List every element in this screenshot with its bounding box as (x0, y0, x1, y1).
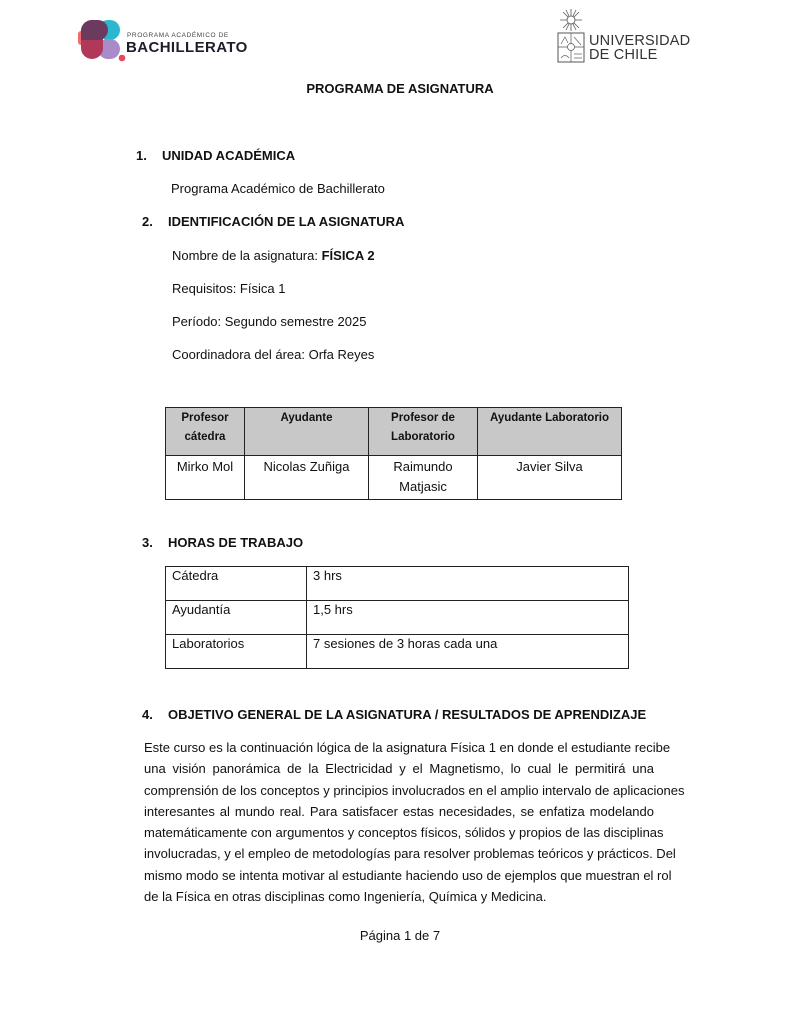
field-course-name: Nombre de la asignatura: FÍSICA 2 (172, 248, 375, 263)
bachillerato-logo: PROGRAMA ACADÉMICO DE BACHILLERATO (78, 18, 248, 62)
staff-table: Profesorcátedra Ayudante Profesor deLabo… (165, 407, 622, 500)
page-number: Página 1 de 7 (0, 928, 800, 943)
paragraph-line: mismo modo se intenta motivar al estudia… (144, 865, 654, 886)
hours-label: Ayudantía (166, 601, 307, 635)
field-label: Nombre de la asignatura: (172, 248, 322, 263)
header-cell-professor: Profesorcátedra (166, 408, 245, 456)
section-number: 1. (136, 148, 162, 163)
hours-label: Laboratorios (166, 635, 307, 669)
field-requirements: Requisitos: Física 1 (172, 281, 285, 296)
section-number: 4. (142, 707, 168, 722)
section-title: HORAS DE TRABAJO (168, 535, 303, 550)
field-value: Segundo semestre 2025 (225, 314, 367, 329)
table-row: Mirko Mol Nicolas Zuñiga RaimundoMatjasi… (166, 456, 622, 500)
paragraph-line: Este curso es la continuación lógica de … (144, 737, 654, 758)
section-number: 3. (142, 535, 168, 550)
table-row: Cátedra 3 hrs (166, 567, 629, 601)
logo-small-text: PROGRAMA ACADÉMICO DE (127, 32, 229, 39)
cell-lab-assistant: Javier Silva (478, 456, 622, 500)
section-1-heading: 1.UNIDAD ACADÉMICA (136, 148, 295, 163)
universidad-de-chile-crest-icon (556, 8, 586, 64)
table-row: Ayudantía 1,5 hrs (166, 601, 629, 635)
section-3-heading: 3.HORAS DE TRABAJO (142, 535, 303, 550)
field-label: Coordinadora del área: (172, 347, 309, 362)
paragraph-line: una visión panorámica de la Electricidad… (144, 758, 654, 779)
bachillerato-b-logo-icon (78, 18, 126, 62)
hours-value: 3 hrs (307, 567, 629, 601)
field-value: Física 1 (240, 281, 286, 296)
field-coordinator: Coordinadora del área: Orfa Reyes (172, 347, 374, 362)
header-cell-assistant: Ayudante (245, 408, 369, 456)
logo-big-text: BACHILLERATO (126, 39, 248, 56)
header-cell-lab-professor: Profesor deLaboratorio (369, 408, 478, 456)
staff-table-header-row: Profesorcátedra Ayudante Profesor deLabo… (166, 408, 622, 456)
university-name-line1: UNIVERSIDAD (589, 34, 690, 48)
table-row: Laboratorios 7 sesiones de 3 horas cada … (166, 635, 629, 669)
field-value: FÍSICA 2 (322, 248, 375, 263)
section-number: 2. (142, 214, 168, 229)
cell-assistant: Nicolas Zuñiga (245, 456, 369, 500)
paragraph-line: interesantes al mundo real. Para satisfa… (144, 801, 654, 822)
section-title: IDENTIFICACIÓN DE LA ASIGNATURA (168, 214, 404, 229)
paragraph-line: involucradas, y el empleo de metodología… (144, 843, 654, 864)
paragraph-line: comprensión de los conceptos y principio… (144, 780, 654, 801)
section-4-heading: 4.OBJETIVO GENERAL DE LA ASIGNATURA / RE… (142, 707, 646, 722)
section-title: UNIDAD ACADÉMICA (162, 148, 295, 163)
cell-lab-professor: RaimundoMatjasic (369, 456, 478, 500)
section-title: OBJETIVO GENERAL DE LA ASIGNATURA / RESU… (168, 707, 646, 722)
field-label: Requisitos: (172, 281, 240, 296)
academic-unit-text: Programa Académico de Bachillerato (171, 181, 385, 196)
field-period: Período: Segundo semestre 2025 (172, 314, 366, 329)
document-title: PROGRAMA DE ASIGNATURA (0, 81, 800, 96)
universidad-de-chile-logo: UNIVERSIDAD DE CHILE (556, 8, 696, 66)
hours-value: 7 sesiones de 3 horas cada una (307, 635, 629, 669)
field-value: Orfa Reyes (309, 347, 375, 362)
field-label: Período: (172, 314, 225, 329)
hours-label: Cátedra (166, 567, 307, 601)
university-name-line2: DE CHILE (589, 48, 690, 62)
paragraph-line: de la Física en otras disciplinas como I… (144, 886, 654, 907)
objective-paragraph: Este curso es la continuación lógica de … (144, 737, 654, 907)
hours-table: Cátedra 3 hrs Ayudantía 1,5 hrs Laborato… (165, 566, 629, 669)
header-cell-lab-assistant: Ayudante Laboratorio (478, 408, 622, 456)
hours-value: 1,5 hrs (307, 601, 629, 635)
cell-professor: Mirko Mol (166, 456, 245, 500)
section-2-heading: 2.IDENTIFICACIÓN DE LA ASIGNATURA (142, 214, 404, 229)
university-name: UNIVERSIDAD DE CHILE (589, 34, 690, 62)
paragraph-line: matemáticamente con argumentos y concept… (144, 822, 654, 843)
